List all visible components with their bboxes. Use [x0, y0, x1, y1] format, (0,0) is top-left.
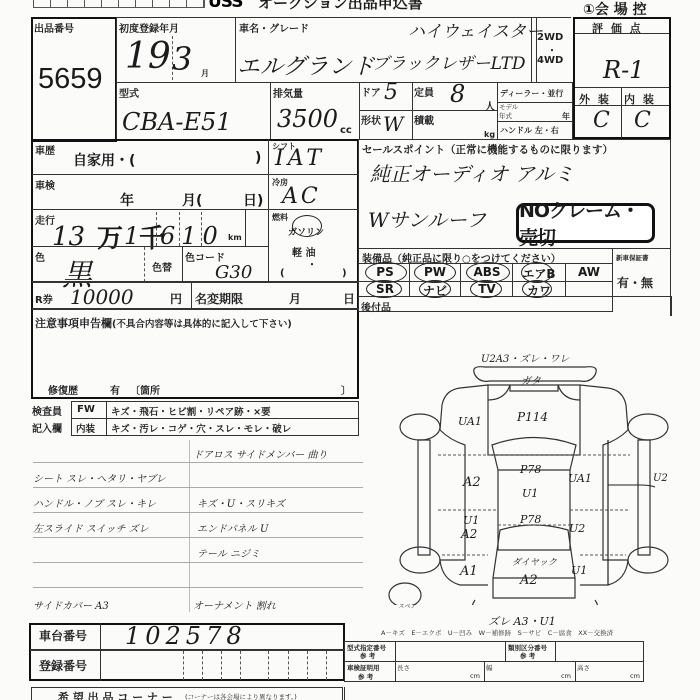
name-change-day: 日: [343, 290, 355, 307]
height-label: 高さ: [577, 663, 590, 672]
divider: [565, 263, 566, 296]
note-left-3: ハンドル・ノブ スレ・キレ: [33, 495, 156, 510]
corner-label: 希 望 出 品 コ ー ナ ー: [58, 689, 173, 700]
divider: [555, 641, 556, 661]
digit-divider: [245, 210, 246, 246]
diagram-left-rear-quarter: A1: [460, 564, 478, 579]
inspector-label-2: 記入欄: [32, 420, 62, 435]
note-right-5: テール ニジミ: [197, 545, 260, 560]
ruled-line: [33, 562, 363, 563]
warranty-value[interactable]: 有・無: [617, 274, 653, 291]
divider: [460, 263, 461, 296]
shape-value: W: [383, 112, 404, 136]
divider: [345, 661, 644, 662]
diagram-bonnet: P114: [517, 410, 548, 424]
divider: [269, 209, 359, 210]
repair-history-value: 有: [110, 382, 120, 397]
divider: [71, 418, 359, 419]
divider: [144, 247, 145, 282]
first-registration-label: 初度登録年月: [119, 20, 179, 35]
divider: [344, 687, 345, 700]
handle-label: ハンドル 左・右: [500, 125, 559, 136]
height-unit: cm: [630, 672, 640, 680]
dimensions-label-1: 車検証明用: [347, 663, 380, 672]
score-divider-3: [575, 105, 669, 106]
diagram-roof-rear: P78: [520, 513, 541, 526]
width-label: 幅: [486, 663, 493, 672]
lot-number-value: 5659: [38, 63, 103, 96]
inspector-label-1: 検査員: [32, 403, 62, 418]
reg-digit-divider: [307, 651, 308, 680]
notes-label: 注意事項申告欄(不具合内容等は具体的に記入して下さい): [35, 315, 292, 331]
diagram-right-front-door: U2: [569, 522, 585, 535]
lot-number-label: 出品番号: [34, 20, 74, 35]
ruled-line: [33, 537, 363, 538]
car-name-value: エルグランド: [237, 48, 375, 81]
repair-bracket-close: 〕: [341, 382, 351, 397]
inspection-year: 年: [120, 190, 134, 210]
divider: [32, 209, 268, 210]
type-spec-label-2: 参 考: [360, 651, 375, 660]
grade-line1: ハイウェイスター: [408, 17, 543, 42]
diagram-roof-mid: U1: [522, 487, 538, 500]
note-left-2: シート スレ・ヘタリ・ヤブレ: [33, 470, 166, 485]
interior-grade: C: [634, 108, 651, 133]
notes-sublabel: (不具合内容等は具体的に記入して下さい): [112, 319, 292, 330]
diagram-roof-front: P78: [520, 463, 541, 476]
score-divider-2: [575, 87, 669, 88]
divider: [32, 308, 359, 310]
mileage-unit: km: [228, 233, 242, 242]
divider: [670, 296, 672, 316]
car-name-label: 車名・グレード: [239, 20, 309, 35]
notes-label-text: 注意事項申告欄: [35, 317, 112, 330]
model-label: 型式: [119, 85, 139, 100]
divider: [100, 623, 101, 681]
mileage-man-unit: 万: [97, 218, 123, 255]
divider: [182, 247, 183, 282]
corner-note: (コーナーは各会場により異なります。): [185, 692, 297, 700]
divider: [505, 641, 506, 661]
note-right-3: キズ・U・スリキズ: [197, 495, 285, 510]
note-right-7: オーナメント 割れ: [193, 597, 276, 612]
exterior-grade: C: [593, 108, 610, 133]
reg-digit-divider: [183, 651, 184, 680]
ruled-line: [33, 487, 363, 488]
divider: [268, 139, 269, 282]
recycle-value: 10000: [70, 285, 134, 309]
circle-navi: [419, 280, 451, 298]
diagram-right-front-fender: UA1: [568, 472, 592, 485]
history-label: 車歴: [35, 142, 55, 157]
ruled-line: [33, 462, 363, 463]
displacement-unit: cc: [340, 125, 352, 136]
chassis-value: 102578: [125, 622, 247, 650]
drive-4wd[interactable]: 4WD: [537, 55, 563, 66]
divider: [32, 174, 268, 175]
history-value: 自家用・(: [73, 150, 135, 170]
note-right-1: ドアロス サイドメンバー 曲り: [193, 446, 328, 461]
fuel-dot: ・: [307, 256, 317, 271]
circle-tv: [470, 280, 502, 298]
name-change-label: 名変期限: [195, 290, 243, 307]
reg-digit-divider: [240, 651, 241, 680]
header-title: オークション出品申込書: [258, 0, 423, 13]
reg-digit-divider: [221, 651, 222, 680]
ac-value: AC: [282, 184, 321, 209]
diagram-left-rear-door-a: A2: [461, 527, 477, 541]
first-registration-month: 3: [172, 40, 192, 78]
door-value: 5: [384, 80, 398, 105]
reg-digit-divider: [288, 651, 289, 680]
divider: [512, 263, 513, 296]
fw-label: FW: [77, 404, 95, 415]
divider: [395, 641, 396, 682]
equip-aw[interactable]: AW: [569, 265, 609, 279]
divider: [484, 661, 485, 682]
score-vdivider: [621, 88, 622, 138]
divider: [409, 263, 410, 296]
month-unit: 月: [201, 68, 209, 79]
displacement-label: 排気量: [273, 85, 303, 100]
divider: [191, 282, 192, 309]
warranty-label: 新車保証書: [616, 253, 649, 262]
model-year-label-1: モデル: [499, 102, 518, 111]
circle-sr: [366, 280, 402, 298]
ruled-line: [33, 512, 363, 513]
divider: [32, 246, 268, 247]
score-value: R-1: [603, 56, 644, 84]
ruled-line: [33, 587, 363, 588]
diagram-right-rear-quarter: U1: [571, 564, 587, 577]
reg-digit-divider: [202, 651, 203, 680]
dealer-label: ディーラー・並行: [500, 88, 563, 99]
shape-label: 形状: [361, 112, 381, 127]
door-label: ドア: [361, 84, 381, 99]
sales-point-line2: Wサンルーフ: [368, 204, 486, 233]
capacity-value: 8: [450, 80, 465, 108]
divider: [32, 281, 359, 283]
diagram-front-grille: ガタ: [521, 372, 541, 387]
fuel-paren-close: ): [342, 268, 347, 279]
inspection-day: 日): [243, 190, 263, 210]
load-label: 積載: [414, 112, 434, 127]
divider: [269, 174, 359, 175]
diagram-left-rear-door-u: U1: [463, 514, 479, 527]
color-change-label: 色替: [152, 259, 172, 274]
recycle-label: R券: [35, 291, 53, 306]
aftermarket-label: 後付品: [361, 299, 391, 314]
mileage-man: 13: [52, 222, 85, 252]
dimensions-label-2: 参 考: [358, 672, 373, 681]
grade-line2: ブラックレザーLTD: [372, 49, 526, 74]
recycle-unit: 円: [170, 290, 182, 307]
history-close: ): [255, 150, 261, 166]
color-code-value: G30: [215, 262, 252, 283]
reg-digit-divider: [326, 651, 327, 680]
sales-point-line1: 純正オーディオ アルミ: [370, 158, 574, 187]
fuel-label: 燃料: [272, 212, 288, 223]
class-spec-label-2: 参 考: [520, 651, 535, 660]
top-reference-grid: [33, 0, 205, 8]
fw-items: キズ・飛石・ヒビ割・リペア跡・×要: [111, 404, 271, 418]
sales-point-label: セールスポイント（正常に機能するものに限ります）: [362, 142, 613, 157]
circle-leather: [522, 280, 552, 298]
load-unit: kg: [484, 130, 495, 139]
divider: [106, 401, 107, 436]
capacity-label: 定員: [414, 84, 434, 99]
diagram-front-bumper: U2A3・ズレ・ワレ: [481, 350, 569, 365]
name-change-month: 月: [289, 290, 301, 307]
repair-history-label: 修復歴: [48, 382, 78, 397]
displacement-value: 3500: [277, 105, 338, 133]
width-unit: cm: [561, 672, 571, 680]
interior-check-label: 内装: [76, 421, 95, 435]
damage-legend: A－キズ E－エクボ U－凹み W－補修跡 S－サビ C－腐食 XX－交換済: [381, 628, 613, 637]
diagram-left-front-door: A2: [463, 475, 481, 490]
inspection-month: 月(: [182, 190, 202, 210]
fuel-paren-open: (: [280, 268, 285, 279]
chassis-label: 車台番号: [39, 627, 87, 644]
divider: [575, 661, 576, 682]
shift-value: IAT: [275, 146, 325, 171]
color-label: 色: [35, 249, 45, 264]
length-label: 長さ: [397, 663, 410, 672]
interior-check-items: キズ・汚レ・コゲ・穴・スレ・モレ・破レ: [111, 421, 291, 435]
model-value: CBA-E51: [122, 108, 232, 136]
diagram-rear-bumper: ズレ A3・U1: [488, 613, 556, 629]
reg-digit-divider: [268, 651, 269, 680]
diagram-back-door-1: ダイヤック: [512, 555, 557, 568]
model-year-label-2: 年式: [499, 111, 512, 120]
header-logo: USS: [208, 0, 243, 12]
diagram-back-door-2: A2: [520, 573, 538, 588]
note-left-7: サイドカバー A3: [33, 597, 109, 612]
first-registration-year: 19: [125, 36, 171, 77]
registration-label: 登録番号: [39, 657, 87, 674]
diagram-right-sill: U2: [653, 473, 668, 484]
note-right-4: エンドパネル U: [197, 520, 268, 535]
diagram-spare: スペア: [398, 601, 416, 610]
repair-bracket-open: 〔箇所: [130, 382, 160, 397]
score-divider: [575, 33, 669, 34]
note-left-4: 左スライド スイッチ ズレ: [33, 520, 149, 535]
inspection-label: 車検: [35, 177, 55, 192]
no-claim-stamp: NOクレーム・売切: [516, 203, 655, 243]
diagram-left-front-fender: UA1: [458, 415, 482, 428]
fuel-gasoline[interactable]: ガソリン: [288, 225, 324, 238]
digit-divider: [156, 212, 157, 246]
length-unit: cm: [470, 672, 480, 680]
